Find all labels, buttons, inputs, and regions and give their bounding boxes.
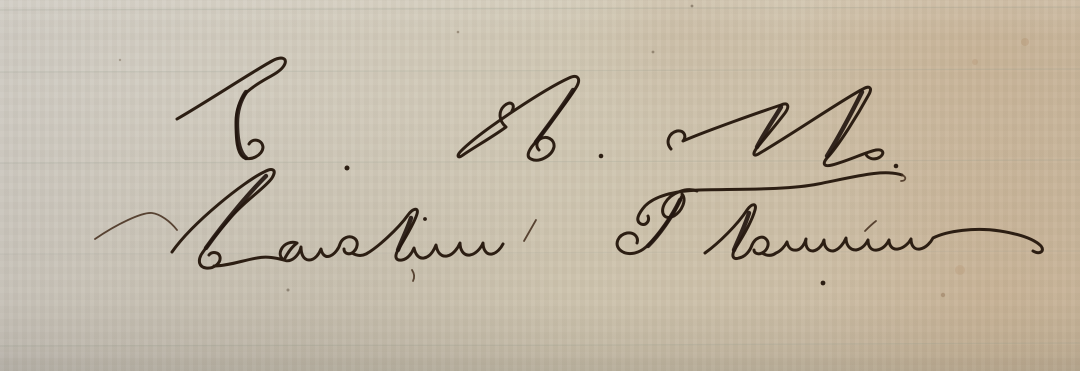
initial-m-shade-2: [827, 92, 862, 156]
manuscript-photo: E. R. M. Caroline Florence: [0, 0, 1080, 371]
ruled-lines: [0, 7, 1080, 346]
paper-speck: [652, 51, 655, 54]
paper-speck: [457, 31, 460, 34]
initial-r-shade: [536, 90, 573, 142]
paper-speck: [691, 5, 694, 8]
ruled-line: [0, 69, 1080, 72]
ruled-line: [0, 7, 1080, 10]
initial-first-stroke: [177, 58, 285, 159]
initial-first-shade: [237, 92, 246, 158]
florence-i-tick: [865, 221, 876, 231]
stray-ink-dot: [821, 281, 826, 286]
caroline-i-dot: [423, 217, 427, 221]
caroline-entry-swash: [95, 213, 177, 239]
signature-initials-line: [177, 58, 898, 170]
initial-period: [894, 164, 899, 169]
paper-speck: [119, 59, 121, 61]
handwriting-layer: [0, 0, 1080, 371]
ruled-line: [0, 343, 1080, 346]
signature-name-line: [95, 170, 1042, 286]
initial-m-stroke: [668, 87, 883, 165]
caroline-capital-c-shade: [206, 176, 266, 248]
caroline-accent-tick: [524, 220, 536, 241]
foxing-stain: [1021, 38, 1029, 46]
caroline-c-exit: [214, 257, 284, 266]
florence-lowercase: [739, 229, 1042, 258]
initial-period: [599, 154, 604, 159]
foxing-stain: [955, 265, 965, 275]
initial-period: [345, 166, 350, 171]
paper-speck: [941, 293, 945, 297]
caroline-comma-mark: [412, 270, 414, 281]
initial-r-stroke: [458, 76, 578, 160]
f-crossbar-flourish: [638, 173, 902, 225]
ruled-line: [0, 251, 1080, 254]
foxing-stain: [972, 59, 978, 65]
paper-speck: [287, 289, 290, 292]
